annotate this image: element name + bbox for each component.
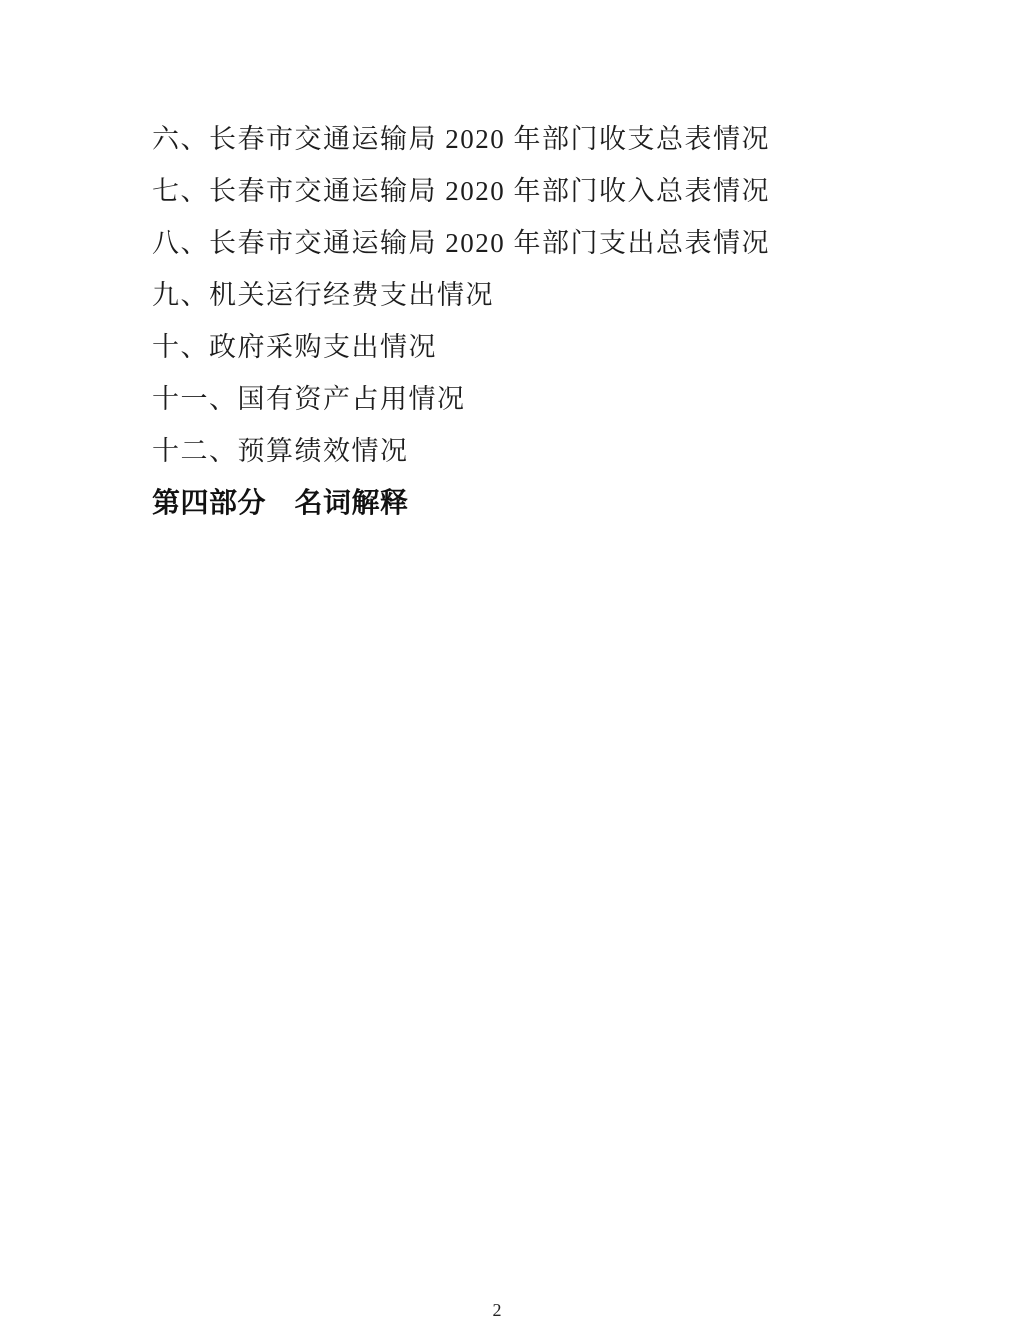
toc-item-10: 十、政府采购支出情况 [152,321,770,373]
toc-item-7: 七、长春市交通运输局 2020 年部门收入总表情况 [152,165,770,217]
toc-item-12: 十二、预算绩效情况 [152,425,770,477]
toc-item-11: 十一、国有资产占用情况 [152,373,770,425]
table-of-contents: 六、长春市交通运输局 2020 年部门收支总表情况 七、长春市交通运输局 202… [152,113,770,529]
toc-item-9: 九、机关运行经费支出情况 [152,269,770,321]
page-number: 2 [0,1301,994,1319]
toc-item-8: 八、长春市交通运输局 2020 年部门支出总表情况 [152,217,770,269]
toc-item-6: 六、长春市交通运输局 2020 年部门收支总表情况 [152,113,770,165]
section-heading-part4: 第四部分 名词解释 [152,477,770,529]
document-page: 六、长春市交通运输局 2020 年部门收支总表情况 七、长春市交通运输局 202… [0,0,1024,1325]
